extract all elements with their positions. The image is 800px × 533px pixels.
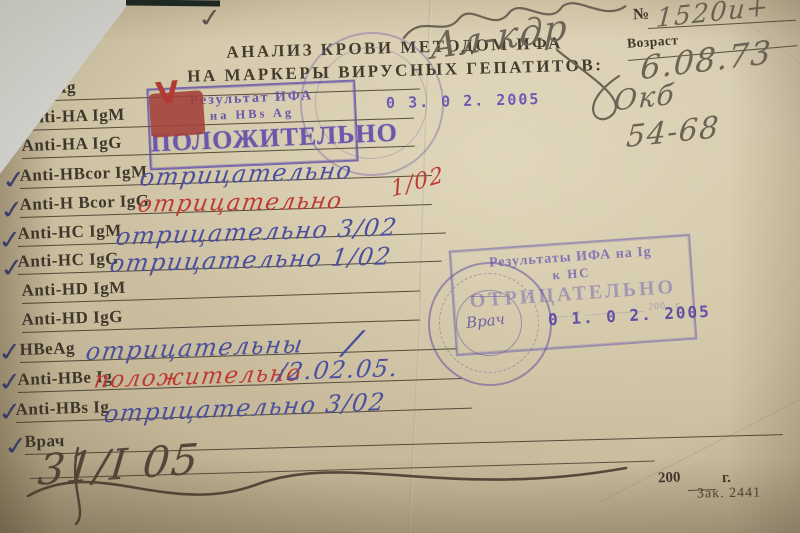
row-label: Anti-HC IgG: [17, 249, 119, 274]
year-prefix: 200: [658, 470, 681, 488]
print-order-code: Зак. 2441: [697, 485, 761, 502]
handwriting-dept-number: 54-68: [625, 113, 721, 153]
handwriting-hbe-ig-date: /2.02.05.: [276, 356, 400, 384]
pen-checkmark: ✓: [0, 164, 29, 196]
row-label: Anti-H Bcor IgG: [19, 191, 150, 217]
handwriting-dept-okb: Окб: [613, 81, 676, 116]
background-gap: [126, 0, 220, 6]
blood-test-form-paper: АНАЛИЗ КРОВИ МЕТОДОМ ИФА НА МАРКЕРЫ ВИРУ…: [0, 0, 800, 533]
red-check-mark: V: [154, 75, 181, 112]
handwriting-doctor-date: 31/I 05: [36, 438, 202, 492]
handwriting-hbcor-igg-result: отрицательно: [136, 190, 344, 217]
row-label: Anti-HC IgM: [17, 221, 122, 246]
row-label: Anti-HD IgM: [21, 278, 126, 303]
row-label: Anti-HD IgG: [21, 307, 123, 332]
pen-checkmark: ✓: [1, 430, 31, 462]
row-label: Anti-HA IgG: [21, 133, 122, 158]
row-label: HBeAg: [19, 338, 75, 362]
year-suffix: г.: [722, 470, 731, 487]
photo-of-lab-form: АНАЛИЗ КРОВИ МЕТОДОМ ИФА НА МАРКЕРЫ ВИРУ…: [0, 0, 800, 533]
row-label: Anti-HBcor IgM: [19, 162, 148, 188]
date-stamp-1: 0 3. 0 2. 2005: [386, 90, 541, 112]
handwriting-hc-igg-result: отрицательно 1/02: [108, 244, 393, 275]
row-label: Anti-HBs Ig: [15, 397, 109, 422]
pen-checkmark: ✓: [0, 252, 27, 284]
handwriting-hbcor-igm-result: отрицательно: [138, 158, 354, 190]
handwriting-hbeag-result: отрицательны: [84, 332, 305, 364]
pen-checkmark: ✓: [195, 2, 225, 34]
pen-checkmark: ✓: [0, 194, 27, 226]
doctor-round-stamp-dash: [470, 296, 506, 297]
